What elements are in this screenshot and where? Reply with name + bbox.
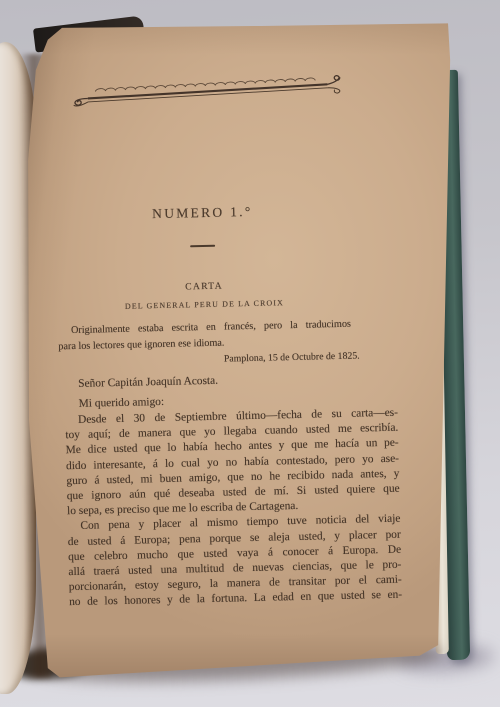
book-photo-scene: NUMERO 1.° CARTA DEL GENERAL PERU DE LA … — [0, 0, 500, 707]
salutation: Señor Capitán Joaquín Acosta. — [78, 375, 218, 390]
ornament-rule — [69, 71, 346, 111]
page-content: NUMERO 1.° CARTA DEL GENERAL PERU DE LA … — [26, 12, 469, 680]
section-subtitle: DEL GENERAL PERU DE LA CROIX — [47, 296, 361, 312]
heading-divider — [190, 245, 215, 248]
translator-note: Originalmente estaba escrita en francés,… — [58, 317, 352, 355]
letter-body: Desde el 30 de Septiembre último—fecha d… — [65, 406, 402, 611]
chapter-heading: NUMERO 1.° — [45, 201, 359, 224]
book-page: NUMERO 1.° CARTA DEL GENERAL PERU DE LA … — [26, 22, 454, 680]
section-title: CARTA — [47, 277, 361, 295]
greeting: Mi querido amigo: — [79, 396, 165, 410]
